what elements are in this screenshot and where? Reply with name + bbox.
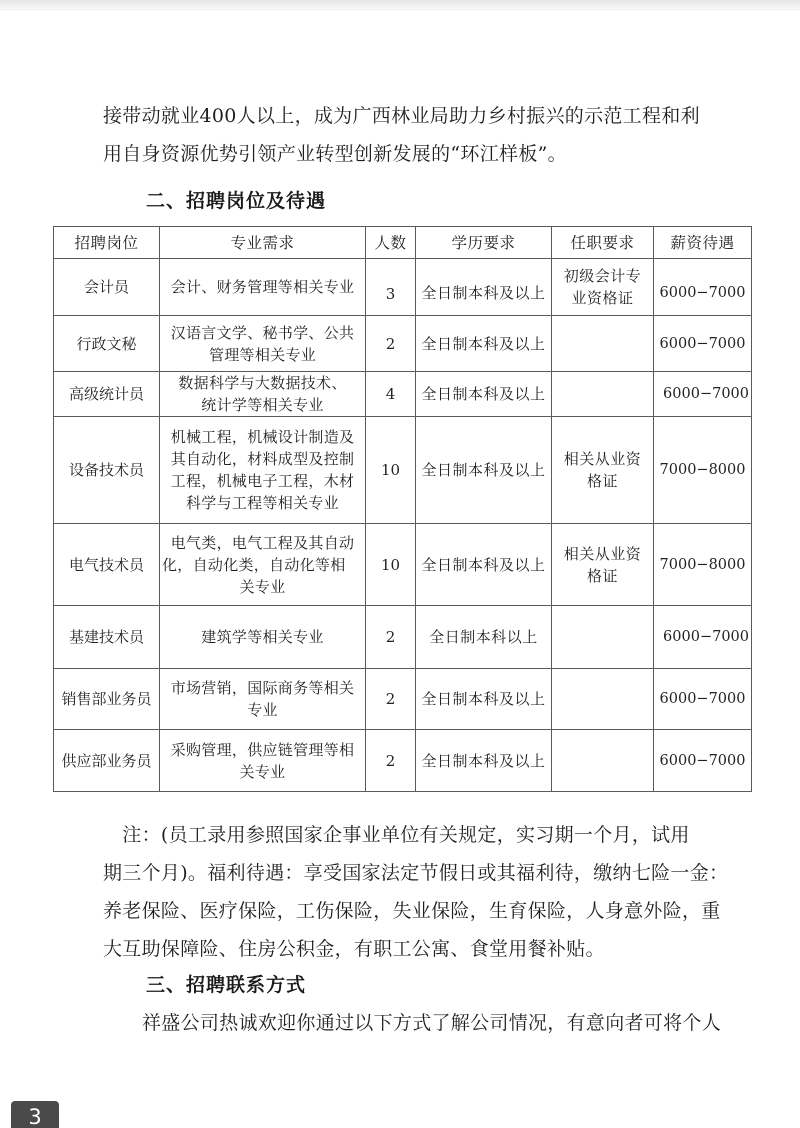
requirement-line: 相关从业资 bbox=[554, 448, 651, 470]
major-line: 会计、财务管理等相关专业 bbox=[162, 276, 363, 298]
cell-count: 4 bbox=[366, 372, 416, 417]
major-line: 机械工程，机械设计制造及 bbox=[162, 426, 363, 448]
intro-line: 用自身资源优势引领产业转型创新发展的“环江样板”。 bbox=[103, 135, 723, 173]
table-header-row: 招聘岗位 专业需求 人数 学历要求 任职要求 薪资待遇 bbox=[54, 227, 752, 259]
cell-position: 基建技术员 bbox=[54, 606, 160, 669]
note-line: 大互助保障险、住房公积金，有职工公寓、食堂用餐补贴。 bbox=[103, 930, 723, 968]
cell-major: 数据科学与大数据技术、 统计学等相关专业 bbox=[160, 372, 366, 417]
cell-position: 销售部业务员 bbox=[54, 669, 160, 730]
table-row: 行政文秘 汉语言文学、秘书学、公共 管理等相关专业 2 全日制本科及以上 600… bbox=[54, 316, 752, 372]
cell-salary: 6000−7000 bbox=[654, 259, 752, 316]
note-line: 期三个月)。福利待遇：享受国家法定节假日或其福利待，缴纳七险一金： bbox=[103, 854, 723, 892]
table-row: 高级统计员 数据科学与大数据技术、 统计学等相关专业 4 全日制本科及以上 60… bbox=[54, 372, 752, 417]
table-row: 会计员 会计、财务管理等相关专业 3 全日制本科及以上 初级会计专 业资格证 6… bbox=[54, 259, 752, 316]
cell-major: 会计、财务管理等相关专业 bbox=[160, 259, 366, 316]
contact-line: 祥盛公司热诚欢迎你通过以下方式了解公司情况，有意向者可将个人 bbox=[142, 1004, 762, 1042]
major-line: 专业 bbox=[162, 699, 363, 721]
cell-requirement bbox=[552, 372, 654, 417]
header-major: 专业需求 bbox=[160, 227, 366, 259]
section-heading-positions: 二、招聘岗位及待遇 bbox=[146, 186, 326, 213]
cell-count: 2 bbox=[366, 669, 416, 730]
cell-count: 10 bbox=[366, 524, 416, 606]
cell-salary: 6000−7000 bbox=[654, 372, 752, 417]
cell-requirement: 初级会计专 业资格证 bbox=[552, 259, 654, 316]
cell-major: 汉语言文学、秘书学、公共 管理等相关专业 bbox=[160, 316, 366, 372]
cell-education: 全日制本科及以上 bbox=[416, 316, 552, 372]
cell-count: 2 bbox=[366, 730, 416, 792]
header-education: 学历要求 bbox=[416, 227, 552, 259]
requirement-line: 格证 bbox=[554, 565, 651, 587]
cell-education: 全日制本科及以上 bbox=[416, 524, 552, 606]
requirement-line: 初级会计专 bbox=[554, 265, 651, 287]
contact-paragraph: 祥盛公司热诚欢迎你通过以下方式了解公司情况，有意向者可将个人 bbox=[142, 1004, 762, 1042]
header-salary: 薪资待遇 bbox=[654, 227, 752, 259]
major-line: 科学与工程等相关专业 bbox=[162, 492, 363, 514]
cell-salary: 7000−8000 bbox=[654, 524, 752, 606]
major-line: 汉语言文学、秘书学、公共 bbox=[162, 322, 363, 344]
header-position: 招聘岗位 bbox=[54, 227, 160, 259]
major-line: 工程，机械电子工程，木材 bbox=[162, 470, 363, 492]
major-line: 统计学等相关专业 bbox=[162, 394, 363, 416]
cell-position: 行政文秘 bbox=[54, 316, 160, 372]
table-row: 供应部业务员 采购管理，供应链管理等相 关专业 2 全日制本科及以上 6000−… bbox=[54, 730, 752, 792]
cell-count: 10 bbox=[366, 417, 416, 524]
header-requirement: 任职要求 bbox=[552, 227, 654, 259]
cell-salary: 6000−7000 bbox=[654, 730, 752, 792]
major-line: 建筑学等相关专业 bbox=[162, 626, 363, 648]
table-row: 设备技术员 机械工程，机械设计制造及 其自动化，材料成型及控制 工程，机械电子工… bbox=[54, 417, 752, 524]
intro-line: 接带动就业400人以上，成为广西林业局助力乡村振兴的示范工程和利 bbox=[103, 97, 723, 135]
note-line: 注：(员工录用参照国家企事业单位有关规定，实习期一个月，试用 bbox=[103, 816, 723, 854]
major-line: 关专业 bbox=[162, 576, 363, 598]
recruitment-table: 招聘岗位 专业需求 人数 学历要求 任职要求 薪资待遇 会计员 会计、财务管理等… bbox=[53, 226, 752, 792]
requirement-line: 相关从业资 bbox=[554, 543, 651, 565]
page-number-badge: 3 bbox=[11, 1101, 59, 1128]
cell-salary: 6000−7000 bbox=[654, 316, 752, 372]
cell-education: 全日制本科及以上 bbox=[416, 372, 552, 417]
cell-education: 全日制本科以上 bbox=[416, 606, 552, 669]
major-line: 管理等相关专业 bbox=[162, 344, 363, 366]
cell-requirement: 相关从业资 格证 bbox=[552, 417, 654, 524]
cell-position: 设备技术员 bbox=[54, 417, 160, 524]
cell-major: 机械工程，机械设计制造及 其自动化，材料成型及控制 工程，机械电子工程，木材 科… bbox=[160, 417, 366, 524]
requirement-line: 业资格证 bbox=[554, 287, 651, 309]
cell-education: 全日制本科及以上 bbox=[416, 259, 552, 316]
cell-salary: 6000−7000 bbox=[654, 669, 752, 730]
cell-count: 2 bbox=[366, 606, 416, 669]
major-line: 采购管理，供应链管理等相 bbox=[162, 739, 363, 761]
cell-major: 建筑学等相关专业 bbox=[160, 606, 366, 669]
cell-count: 3 bbox=[366, 259, 416, 316]
cell-salary: 7000−8000 bbox=[654, 417, 752, 524]
table-row: 销售部业务员 市场营销，国际商务等相关 专业 2 全日制本科及以上 6000−7… bbox=[54, 669, 752, 730]
cell-requirement: 相关从业资 格证 bbox=[552, 524, 654, 606]
cell-position: 供应部业务员 bbox=[54, 730, 160, 792]
requirement-line: 格证 bbox=[554, 470, 651, 492]
header-count: 人数 bbox=[366, 227, 416, 259]
cell-requirement bbox=[552, 669, 654, 730]
note-paragraph: 注：(员工录用参照国家企事业单位有关规定，实习期一个月，试用 期三个月)。福利待… bbox=[103, 816, 723, 968]
cell-requirement bbox=[552, 606, 654, 669]
cell-requirement bbox=[552, 730, 654, 792]
major-line: 数据科学与大数据技术、 bbox=[162, 372, 363, 394]
cell-major: 采购管理，供应链管理等相 关专业 bbox=[160, 730, 366, 792]
major-line: 其自动化，材料成型及控制 bbox=[162, 448, 363, 470]
cell-education: 全日制本科及以上 bbox=[416, 730, 552, 792]
major-line: 市场营销，国际商务等相关 bbox=[162, 677, 363, 699]
cell-salary: 6000−7000 bbox=[654, 606, 752, 669]
table-row: 基建技术员 建筑学等相关专业 2 全日制本科以上 6000−7000 bbox=[54, 606, 752, 669]
cell-requirement bbox=[552, 316, 654, 372]
cell-position: 会计员 bbox=[54, 259, 160, 316]
major-line: 电气类，电气工程及其自动 bbox=[162, 532, 363, 554]
note-line: 养老保险、医疗保险，工伤保险，失业保险，生育保险，人身意外险，重 bbox=[103, 892, 723, 930]
cell-position: 电气技术员 bbox=[54, 524, 160, 606]
cell-major: 市场营销，国际商务等相关 专业 bbox=[160, 669, 366, 730]
intro-paragraph: 接带动就业400人以上，成为广西林业局助力乡村振兴的示范工程和利 用自身资源优势… bbox=[103, 97, 723, 173]
cell-position: 高级统计员 bbox=[54, 372, 160, 417]
major-line: 关专业 bbox=[162, 761, 363, 783]
cell-count: 2 bbox=[366, 316, 416, 372]
cell-education: 全日制本科及以上 bbox=[416, 669, 552, 730]
table-row: 电气技术员 电气类，电气工程及其自动 化，自动化类，自动化等相 关专业 10 全… bbox=[54, 524, 752, 606]
section-heading-contact: 三、招聘联系方式 bbox=[146, 970, 306, 997]
cell-education: 全日制本科及以上 bbox=[416, 417, 552, 524]
cell-major: 电气类，电气工程及其自动 化，自动化类，自动化等相 关专业 bbox=[160, 524, 366, 606]
major-line: 化，自动化类，自动化等相 bbox=[162, 554, 363, 576]
top-edge-bar bbox=[0, 0, 800, 10]
